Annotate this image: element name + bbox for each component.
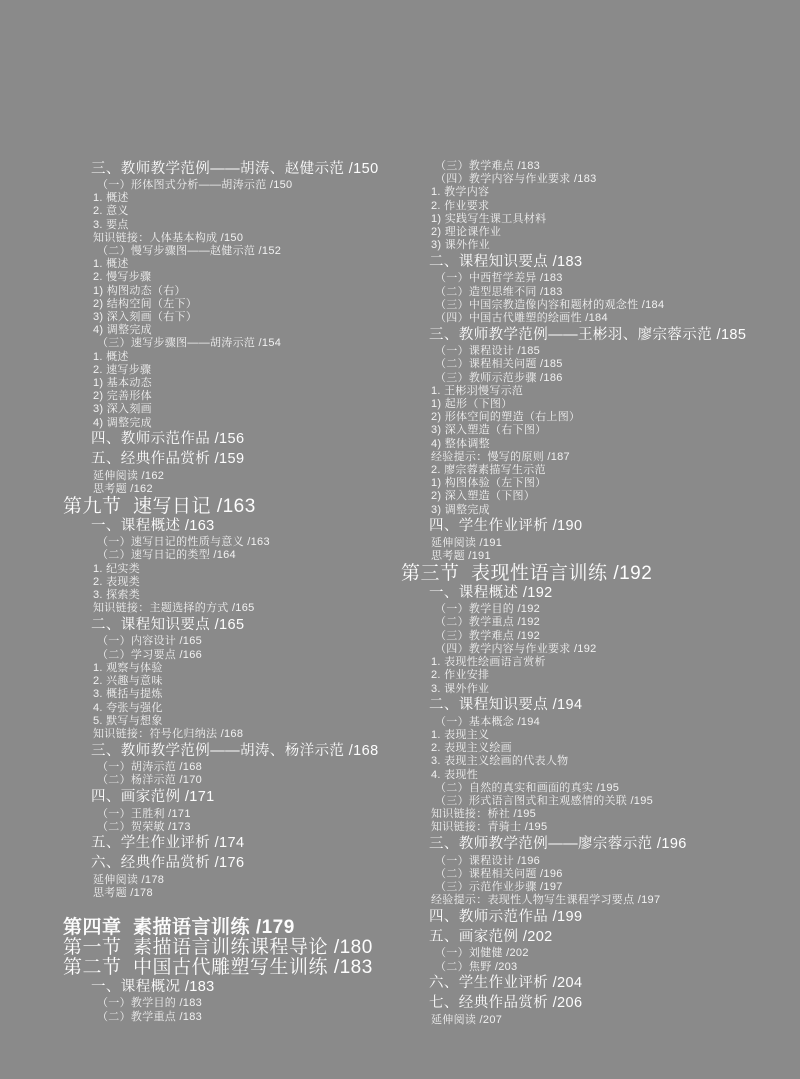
toc-item: 三、教师教学范例——王彬羽、廖宗蓉示范 /185 [429,327,746,344]
toc-detail-line: 3) 深入塑造（右下图） [431,424,546,437]
toc-detail-line: 延伸阅读 /191 [431,537,502,550]
toc-detail-line: 1) 起形（下图） [431,398,513,411]
toc-detail-line: 2. 慢写步骤 [93,271,151,284]
toc-item: 四、学生作业评析 /190 [429,518,582,535]
toc-subitem: （二）教学重点 /183 [97,1011,202,1024]
toc-subitem: （二）慢写步骤图——赵健示范 /152 [97,245,281,258]
toc-item: 四、教师示范作品 /199 [429,909,582,926]
toc-subitem: （一）王胜利 /171 [97,808,191,821]
toc-detail-line: 5. 默写与想象 [93,715,163,728]
toc-detail-line: 1) 实践写生课工具材料 [431,213,546,226]
toc-subitem: （一）胡涛示范 /168 [97,761,202,774]
toc-item: 七、经典作品赏析 /206 [429,995,582,1012]
toc-column-right: （三）教学难点 /183（四）教学内容与作业要求 /1831. 教学内容2. 作… [401,150,796,1027]
toc-subitem: （一）课程设计 /196 [435,855,540,868]
toc-item: 一、课程概述 /192 [429,585,553,602]
toc-subitem: （一）教学目的 /183 [97,997,202,1010]
toc-item: 三、教师教学范例——胡涛、杨洋示范 /168 [91,743,379,760]
toc-subitem: （二）焦野 /203 [435,961,517,974]
toc-detail-line: 思考题 /162 [93,483,153,496]
toc-item: 三、教师教学范例——廖宗蓉示范 /196 [429,836,687,853]
toc-subitem: （三）中国宗教造像内容和题材的观念性 /184 [435,299,664,312]
toc-section-heading: 第九节 速写日记 /163 [63,497,256,516]
toc-detail-line: 1. 表现主义 [431,729,489,742]
toc-detail-line: 3. 表现主义绘画的代表人物 [431,755,568,768]
toc-subitem: （四）教学内容与作业要求 /183 [435,173,597,186]
toc-item: 五、画家范例 /202 [429,929,553,946]
toc-subitem: （一）内容设计 /165 [97,635,202,648]
toc-detail-line: 1. 观察与体验 [93,662,163,675]
toc-detail-line: 知识链接：符号化归纳法 /168 [93,728,243,741]
toc-subitem: （三）教学难点 /192 [435,630,540,643]
toc-detail-line: 1. 概述 [93,192,129,205]
toc-detail-line: 2. 作业要求 [431,200,489,213]
toc-detail-line: 1. 纪实类 [93,563,140,576]
toc-item: 五、学生作业评析 /174 [91,835,244,852]
toc-detail-line: 1) 构图动态（右） [93,285,186,298]
toc-section-heading: 第三节 表现性语言训练 /192 [401,564,652,583]
toc-detail-line: 1. 王彬羽慢写示范 [431,385,523,398]
toc-detail-line: 2. 作业安排 [431,669,489,682]
toc-section-heading: 第二节 中国古代雕塑写生训练 /183 [63,958,373,977]
toc-detail-line: 延伸阅读 /178 [93,874,164,887]
toc-item: 四、教师示范作品 /156 [91,431,244,448]
toc-detail-line: 4) 调整完成 [93,417,152,430]
toc-subitem: （一）形体图式分析——胡涛示范 /150 [97,179,292,192]
toc-detail-line: 2. 表现主义绘画 [431,742,512,755]
toc-detail-line: 2. 意义 [93,205,129,218]
toc-detail-line: 经验提示：慢写的原则 /187 [431,451,570,464]
toc-item: 二、课程知识要点 /183 [429,254,582,271]
toc-detail-line: 知识链接：人体基本构成 /150 [93,232,243,245]
toc-item: 六、经典作品赏析 /176 [91,855,244,872]
toc-detail-line: 延伸阅读 /207 [431,1014,502,1027]
toc-subitem: （二）课程相关问题 /196 [435,868,563,881]
toc-detail-line: 知识链接：主题选择的方式 /165 [93,602,255,615]
toc-detail-line: 1) 构图体验（左下图） [431,477,546,490]
toc-detail-line: 3. 要点 [93,219,129,232]
toc-subitem: （二）学习要点 /166 [97,649,202,662]
toc-detail-line: 3. 概括与提炼 [93,688,163,701]
toc-detail-line: 3. 课外作业 [431,683,489,696]
toc-chapter-heading: 第四章 素描语言训练 /179 [63,918,295,937]
toc-detail-line: 延伸阅读 /162 [93,470,164,483]
toc-subitem: （四）中国古代雕塑的绘画性 /184 [435,312,608,325]
toc-detail-line: 3. 探索类 [93,589,140,602]
toc-detail-line: 1. 表现性绘画语言赏析 [431,656,546,669]
toc-detail-line: 2. 表现类 [93,576,140,589]
toc-item: 一、课程概述 /163 [91,518,215,535]
toc-item: 四、画家范例 /171 [91,789,215,806]
toc-item: 一、课程概况 /183 [91,979,215,996]
toc-item: 三、教师教学范例——胡涛、赵健示范 /150 [91,161,379,178]
toc-detail-line: 2) 形体空间的塑造（右上图） [431,411,580,424]
toc-detail-line: 1. 概述 [93,351,129,364]
toc-subitem: （二）速写日记的类型 /164 [97,549,236,562]
toc-page: 三、教师教学范例——胡涛、赵健示范 /150（一）形体图式分析——胡涛示范 /1… [0,0,800,1079]
toc-subitem: （三）示范作业步骤 /197 [435,881,563,894]
toc-subitem: （三）速写步骤图——胡涛示范 /154 [97,337,281,350]
toc-item: 二、课程知识要点 /194 [429,697,582,714]
toc-item: 二、课程知识要点 /165 [91,617,244,634]
toc-detail-line: 2) 结构空间（左下） [93,298,197,311]
toc-detail-line: 知识链接：青骑士 /195 [431,821,547,834]
toc-detail-line: 2. 兴趣与意味 [93,675,163,688]
toc-subitem: （三）教师示范步骤 /186 [435,372,563,385]
toc-subitem: （二）课程相关问题 /185 [435,358,563,371]
toc-subitem: （二）自然的真实和画面的真实 /195 [435,782,619,795]
toc-detail-line: 2. 速写步骤 [93,364,151,377]
toc-detail-line: 3) 深入刻画（右下） [93,311,197,324]
toc-detail-line: 2) 完善形体 [93,390,152,403]
toc-subitem: （一）基本概念 /194 [435,716,540,729]
toc-subitem: （一）刘健健 /202 [435,947,529,960]
toc-detail-line: 2) 理论课作业 [431,226,501,239]
toc-subitem: （二）杨洋示范 /170 [97,774,202,787]
toc-detail-line: 思考题 /178 [93,887,153,900]
toc-subitem: （二）造型思维不同 /183 [435,286,563,299]
toc-column-left: 三、教师教学范例——胡涛、赵健示范 /150（一）形体图式分析——胡涛示范 /1… [63,150,398,1024]
toc-detail-line: 2. 廖宗蓉素描写生示范 [431,464,546,477]
toc-detail-line: 2) 深入塑造（下图） [431,490,535,503]
toc-subitem: （一）速写日记的性质与意义 /163 [97,536,270,549]
toc-detail-line: 3) 深入刻画 [93,403,152,416]
toc-subitem: （三）教学难点 /183 [435,160,540,173]
toc-detail-line: 1. 教学内容 [431,186,489,199]
toc-detail-line: 4) 整体调整 [431,438,490,451]
toc-detail-line: 4. 夸张与强化 [93,702,163,715]
toc-detail-line: 思考题 /191 [431,550,491,563]
toc-detail-line: 3) 调整完成 [431,504,490,517]
toc-subitem: （二）教学重点 /192 [435,616,540,629]
toc-detail-line: 知识链接：桥社 /195 [431,808,536,821]
toc-subitem: （一）中西哲学差异 /183 [435,272,563,285]
toc-detail-line: 经验提示：表现性人物写生课程学习要点 /197 [431,894,660,907]
toc-item: 六、学生作业评析 /204 [429,975,582,992]
toc-subitem: （一）课程设计 /185 [435,345,540,358]
toc-section-heading: 第一节 素描语言训练课程导论 /180 [63,938,373,957]
toc-subitem: （二）贺荣敏 /173 [97,821,191,834]
toc-detail-line: 4) 调整完成 [93,324,152,337]
toc-detail-line: 4. 表现性 [431,769,478,782]
toc-detail-line: 1. 概述 [93,258,129,271]
toc-subitem: （三）形式语言图式和主观感情的关联 /195 [435,795,653,808]
toc-detail-line: 3) 课外作业 [431,239,490,252]
toc-subitem: （一）教学目的 /192 [435,603,540,616]
toc-subitem: （四）教学内容与作业要求 /192 [435,643,597,656]
toc-item: 五、经典作品赏析 /159 [91,451,244,468]
toc-detail-line: 1) 基本动态 [93,377,152,390]
